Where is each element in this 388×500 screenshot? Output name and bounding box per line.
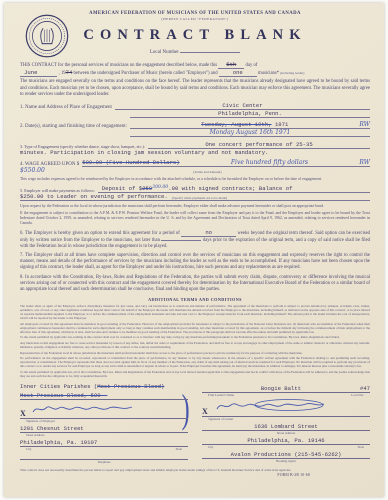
leader-signature-column: Boogie Baltt #47 Print Leader's Name Loc… (202, 383, 370, 464)
fine-print-2: All employees covered by this agreement … (20, 322, 370, 334)
item-arbitration: 8. In accordance with the Constitution, … (20, 275, 370, 294)
leader-booking-agent-label: Booking Agent (276, 459, 295, 463)
employer-street: 1201 Chesnut Street (20, 425, 84, 432)
employer-name-pre: Inner Cities Parishes ( (20, 383, 97, 390)
item1-value-line2: Philadelphia, Penn. (218, 110, 282, 117)
contract-document: AMERICAN FEDERATION OF MUSICIANS OF THE … (4, 3, 384, 497)
item5-handwritten: 300.00 (152, 185, 168, 190)
fine-print-1: The leader shall, as agent of the Employ… (20, 304, 370, 320)
item6-blank: no (181, 229, 236, 237)
leader-city: Philadelphia, Pa. 19146 (247, 437, 324, 444)
form-number: FORM B-2R 10-68 (20, 473, 370, 477)
intro-text-4: between the undersigned Purchaser of Mus… (74, 71, 218, 76)
item1-value-line1: Civic Center (222, 102, 262, 109)
employer-name-struck2: Most Precious Blood, 500 — (20, 392, 107, 399)
item2-label: 2. Date(s), starting and finishing time … (20, 124, 127, 129)
item-wage: 4. WAGE AGREED UPON $ 500.00 (Five Hundr… (20, 159, 370, 174)
document-title: CONTRACT BLANK (20, 27, 370, 44)
leader-print-name: Boogie Baltt (261, 385, 301, 392)
wage-note: This wage includes expenses agreed to be… (20, 177, 370, 182)
item5-sublabel: (Specify when payments are to be made) (172, 196, 227, 200)
organization-name: AMERICAN FEDERATION OF MUSICIANS OF THE … (20, 11, 370, 16)
employer-name-struck1: Most Precious Blood) (97, 383, 164, 390)
item4-struck-amount: 500.00 (Five Hundred Dollars) (82, 159, 179, 166)
item5-struck: 250 (142, 185, 152, 192)
intro-text-5: musicians* (258, 71, 279, 76)
local-number-blank (180, 52, 240, 53)
employer-x-mark: X (20, 410, 26, 418)
fine-print-7: To the extent permitted by applicable la… (20, 370, 370, 378)
item6-days-blank (161, 240, 201, 241)
employer-phone-label: Telephone (97, 460, 110, 464)
item4-handwritten-amount-words: Five hundred fifty dollars (231, 159, 308, 166)
document-header: AMERICAN FEDERATION OF MUSICIANS OF THE … (20, 11, 370, 55)
item4-handwritten-figure: $550.00 (20, 167, 45, 174)
employer-signature-scribble-icon (29, 402, 139, 420)
item4-sublabel: (Terms and Amount) (45, 170, 370, 174)
item-place-of-engagement: 1. Name and Address of Place of Engageme… (20, 102, 370, 118)
year-filled: 74 (66, 69, 73, 76)
employer-signature-column: ) Inner Cities Parishes (Most Precious B… (20, 383, 188, 464)
intro-paragraph-2: June , 1974 between the undersigned Purc… (20, 69, 370, 77)
intro-text-3: , 19 (59, 71, 66, 76)
bond-paragraph: Upon request by the Federation or the lo… (20, 204, 370, 209)
item3-value-line2: minutes. Participation in closing jam se… (20, 149, 268, 156)
leader-x-mark: X (202, 408, 208, 416)
intro-text-2: day of (246, 63, 258, 68)
month-filled: June (20, 69, 57, 77)
signature-section: ) Inner Cities Parishes (Most Precious B… (20, 383, 370, 464)
item5-value-line2: $250.00 to Leader on evening of performa… (20, 193, 168, 200)
local-number-label: Local Number (150, 50, 179, 55)
employer-name-line1: Inner Cities Parishes (Most Precious Blo… (20, 383, 188, 390)
item6-pre: 6. The Employer is hereby given an optio… (20, 231, 180, 236)
herein-called-line: (HEREIN CALLED "FEDERATION") (20, 17, 370, 21)
item-option-extend: 6. The Employer is hereby given an optio… (20, 229, 370, 250)
item1-label: 1. Name and Address of Place of Engageme… (20, 105, 112, 110)
item-engagement-type: 3. Type of Engagement (specify whether d… (20, 141, 370, 156)
day-filled: 5th (218, 61, 244, 69)
fine-print-4: Any musicians on this engagement are fre… (20, 341, 370, 349)
leader-signature-scribble-icon (211, 399, 331, 418)
leader-street: 1636 Lombard Street (254, 423, 318, 430)
item5-value-mid: .00 with signed contracts; Balance of (168, 185, 292, 192)
item-supervision: 7. The Employer shall at all times have … (20, 253, 370, 272)
item-dates: 2. Date(s), starting and finishing time … (20, 121, 370, 137)
item4-initials: RW (359, 159, 370, 166)
item5-value-pre: Deposit of $ (102, 185, 142, 192)
employer-phone-blank (20, 451, 188, 460)
employer-city: Philadelphia, Pa. 19107 (20, 439, 97, 446)
pension-paragraph: If the engagement is subject to contribu… (20, 211, 370, 226)
leader-local-no: #47 (360, 385, 370, 392)
fine-print-6: No performance on the engagement shall b… (20, 356, 370, 368)
afm-seal-icon (24, 13, 70, 64)
intro-paragraph: THIS CONTRACT for the personal services … (20, 61, 370, 69)
item2-struck-date: Tuesday, August 19th, (201, 121, 272, 128)
item2-kept-year: 1971 (275, 121, 288, 128)
item2-handwritten-date: Monday August 16th 1971 (210, 129, 291, 136)
local-number-line: Local Number (20, 50, 370, 55)
item2-initials-1: RW (359, 121, 370, 128)
leader-booking-agent: Avalon Productions (215-545-6262) (231, 451, 342, 458)
item-payments: 5. Employer will make payments as follow… (20, 185, 370, 201)
item3-value-line1: One concert performance of 25-35 (205, 141, 312, 148)
fine-print-5: Representatives of the Federation local … (20, 351, 370, 355)
fine-print-3: To the extent permitted by applicable la… (20, 335, 370, 339)
severally-paragraph: The musicians are engaged severally on t… (20, 79, 370, 98)
additional-terms-title: ADDITIONAL TERMS AND CONDITIONS (20, 297, 370, 302)
footer-tax-note: This contract does not necessarily deter… (20, 468, 370, 472)
including-leader-note: (including leader) (280, 71, 304, 75)
musician-count-filled: one (219, 69, 257, 77)
